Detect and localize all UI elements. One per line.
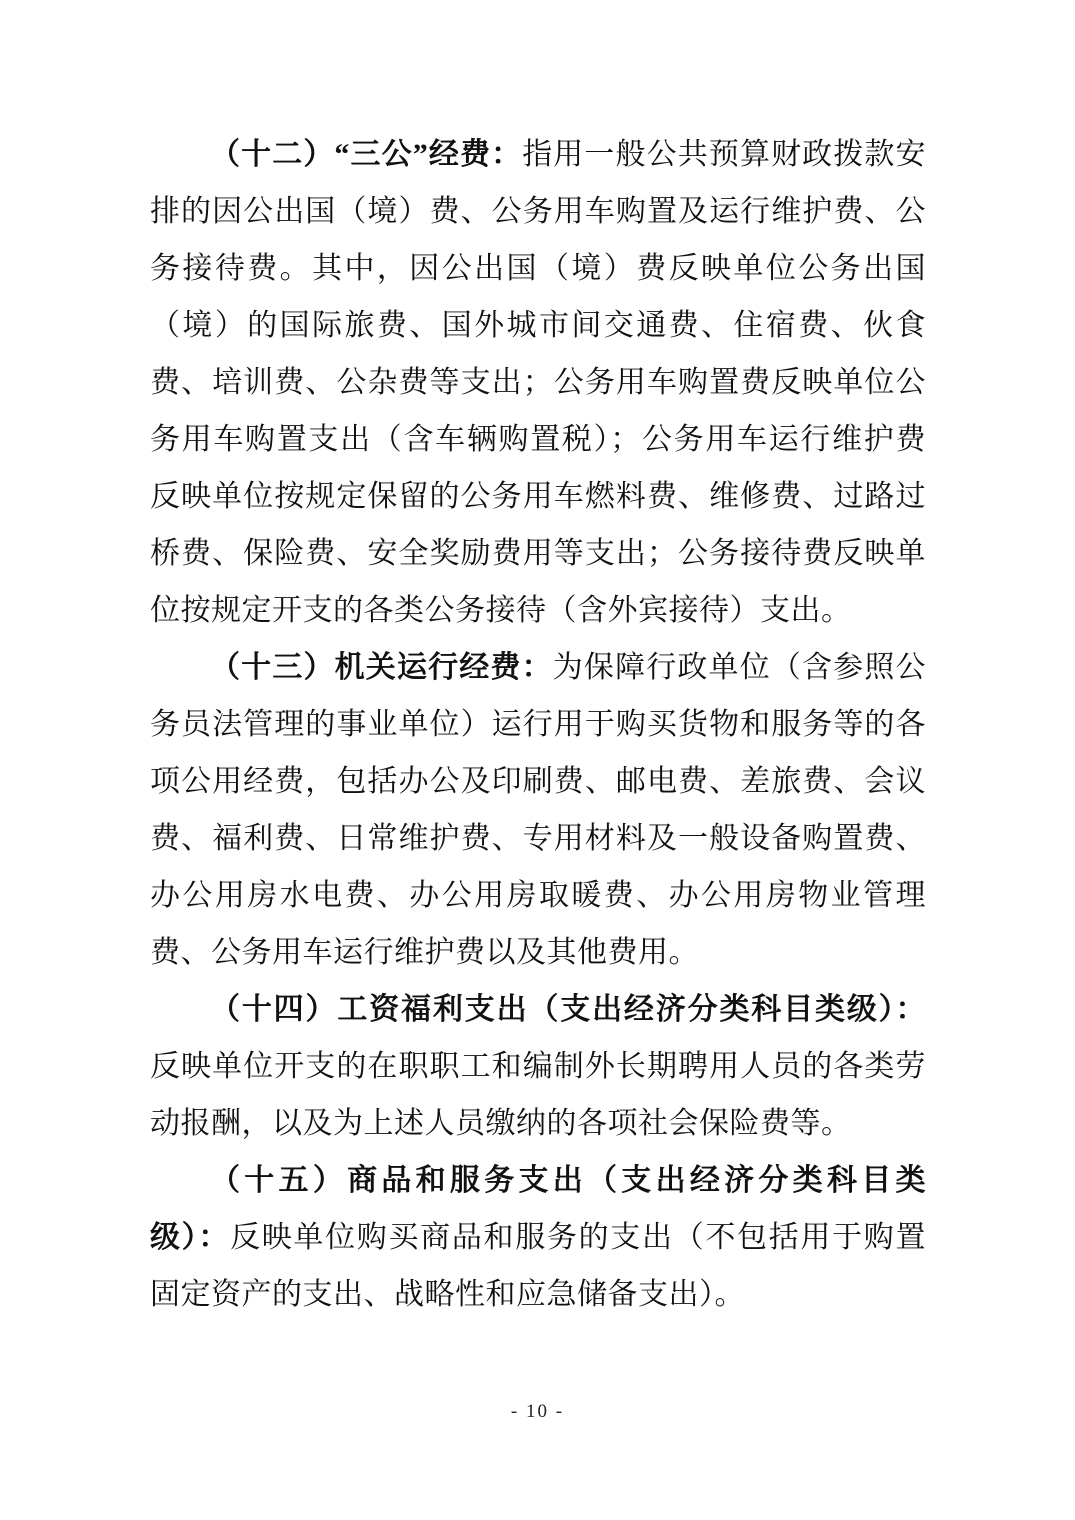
- paragraph-item-14: （十四）工资福利支出（支出经济分类科目类级）：反映单位开支的在职职工和编制外长期…: [150, 981, 926, 1152]
- page-number: - 10 -: [0, 1398, 1075, 1426]
- paragraph-item-15: （十五）商品和服务支出（支出经济分类科目类级）：反映单位购买商品和服务的支出（不…: [150, 1152, 926, 1323]
- paragraph-item-14-lead: （十四）工资福利支出（支出经济分类科目类级）：: [210, 993, 926, 1026]
- paragraph-item-13-body: 为保障行政单位（含参照公务员法管理的事业单位）运行用于购买货物和服务等的各项公用…: [150, 651, 926, 969]
- document-page: （十二）“三公”经费：指用一般公共预算财政拨款安排的因公出国（境）费、公务用车购…: [0, 0, 1075, 1520]
- paragraph-item-13: （十三）机关运行经费：为保障行政单位（含参照公务员法管理的事业单位）运行用于购买…: [150, 639, 926, 981]
- paragraph-item-12-lead: （十二）“三公”经费：: [210, 138, 522, 171]
- paragraph-item-13-lead: （十三）机关运行经费：: [210, 651, 553, 684]
- paragraph-item-12-body: 指用一般公共预算财政拨款安排的因公出国（境）费、公务用车购置及运行维护费、公务接…: [150, 138, 926, 627]
- document-body: （十二）“三公”经费：指用一般公共预算财政拨款安排的因公出国（境）费、公务用车购…: [150, 126, 926, 1323]
- paragraph-item-12: （十二）“三公”经费：指用一般公共预算财政拨款安排的因公出国（境）费、公务用车购…: [150, 126, 926, 639]
- paragraph-item-14-body: 反映单位开支的在职职工和编制外长期聘用人员的各类劳动报酬，以及为上述人员缴纳的各…: [150, 1050, 926, 1140]
- paragraph-item-15-body: 反映单位购买商品和服务的支出（不包括用于购置固定资产的支出、战略性和应急储备支出…: [150, 1221, 926, 1311]
